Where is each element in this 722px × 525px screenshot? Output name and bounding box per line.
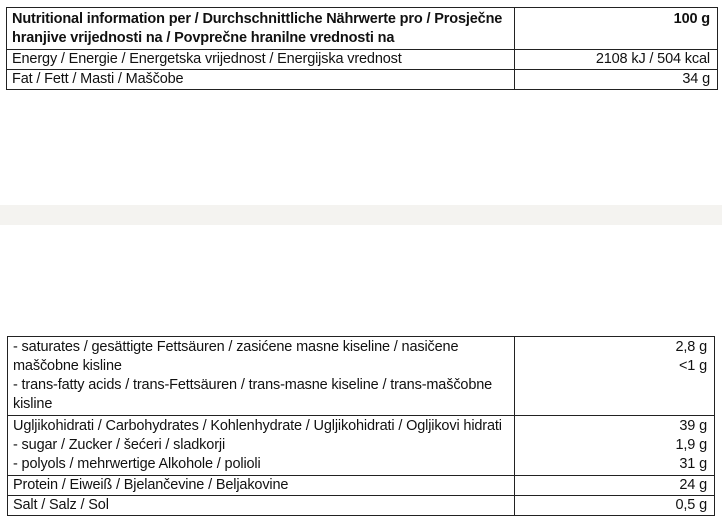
table-row-carbohydrates: Ugljikohidrati / Carbohydrates / Kohlenh… xyxy=(8,416,715,476)
header-value-cell: 100 g xyxy=(515,8,718,50)
table-row-fat: Fat / Fett / Masti / Maščobe 34 g xyxy=(7,70,718,90)
separator-band xyxy=(0,205,722,225)
header-label-cell: Nutritional information per / Durchschni… xyxy=(7,8,515,50)
saturates-label-line1: - saturates / gesättigte Fettsäuren / za… xyxy=(13,338,509,357)
header-label-line1: Nutritional information per / Durchschni… xyxy=(12,10,509,29)
protein-label: Protein / Eiweiß / Bjelančevine / Beljak… xyxy=(8,476,515,496)
carbs-value: 39 g xyxy=(520,417,707,436)
table-header-row: Nutritional information per / Durchschni… xyxy=(7,8,718,50)
salt-value: 0,5 g xyxy=(515,496,715,516)
table-row-protein: Protein / Eiweiß / Bjelančevine / Beljak… xyxy=(8,476,715,496)
trans-label-line1: - trans-fatty acids / trans-Fettsäuren /… xyxy=(13,376,509,395)
saturates-value: 2,8 g xyxy=(520,338,707,357)
nutrition-table-bottom: - saturates / gesättigte Fettsäuren / za… xyxy=(7,336,715,516)
table-row-fat-subtypes: - saturates / gesättigte Fettsäuren / za… xyxy=(8,337,715,416)
table-row-salt: Salt / Salz / Sol 0,5 g xyxy=(8,496,715,516)
carbs-label: Ugljikohidrati / Carbohydrates / Kohlenh… xyxy=(13,417,509,436)
energy-value: 2108 kJ / 504 kcal xyxy=(515,50,718,70)
header-label-line2: hranjive vrijednosti na / Povprečne hran… xyxy=(12,29,509,48)
fat-subtypes-label-cell: - saturates / gesättigte Fettsäuren / za… xyxy=(8,337,515,416)
sugar-value: 1,9 g xyxy=(520,436,707,455)
table-row-energy: Energy / Energie / Energetska vrijednost… xyxy=(7,50,718,70)
salt-label: Salt / Salz / Sol xyxy=(8,496,515,516)
fat-subtypes-value-cell: 2,8 g <1 g xyxy=(515,337,715,416)
saturates-label-line2: maščobne kisline xyxy=(13,357,509,376)
polyols-label: - polyols / mehrwertige Alkohole / polio… xyxy=(13,455,509,474)
trans-value: <1 g xyxy=(520,357,707,376)
protein-value: 24 g xyxy=(515,476,715,496)
fat-label: Fat / Fett / Masti / Maščobe xyxy=(7,70,515,90)
carbs-value-cell: 39 g 1,9 g 31 g xyxy=(515,416,715,476)
nutrition-table-top: Nutritional information per / Durchschni… xyxy=(6,7,718,90)
sugar-label: - sugar / Zucker / šećeri / sladkorji xyxy=(13,436,509,455)
energy-label: Energy / Energie / Energetska vrijednost… xyxy=(7,50,515,70)
trans-label-line2: kisline xyxy=(13,395,509,414)
polyols-value: 31 g xyxy=(520,455,707,474)
fat-value: 34 g xyxy=(515,70,718,90)
carbs-label-cell: Ugljikohidrati / Carbohydrates / Kohlenh… xyxy=(8,416,515,476)
